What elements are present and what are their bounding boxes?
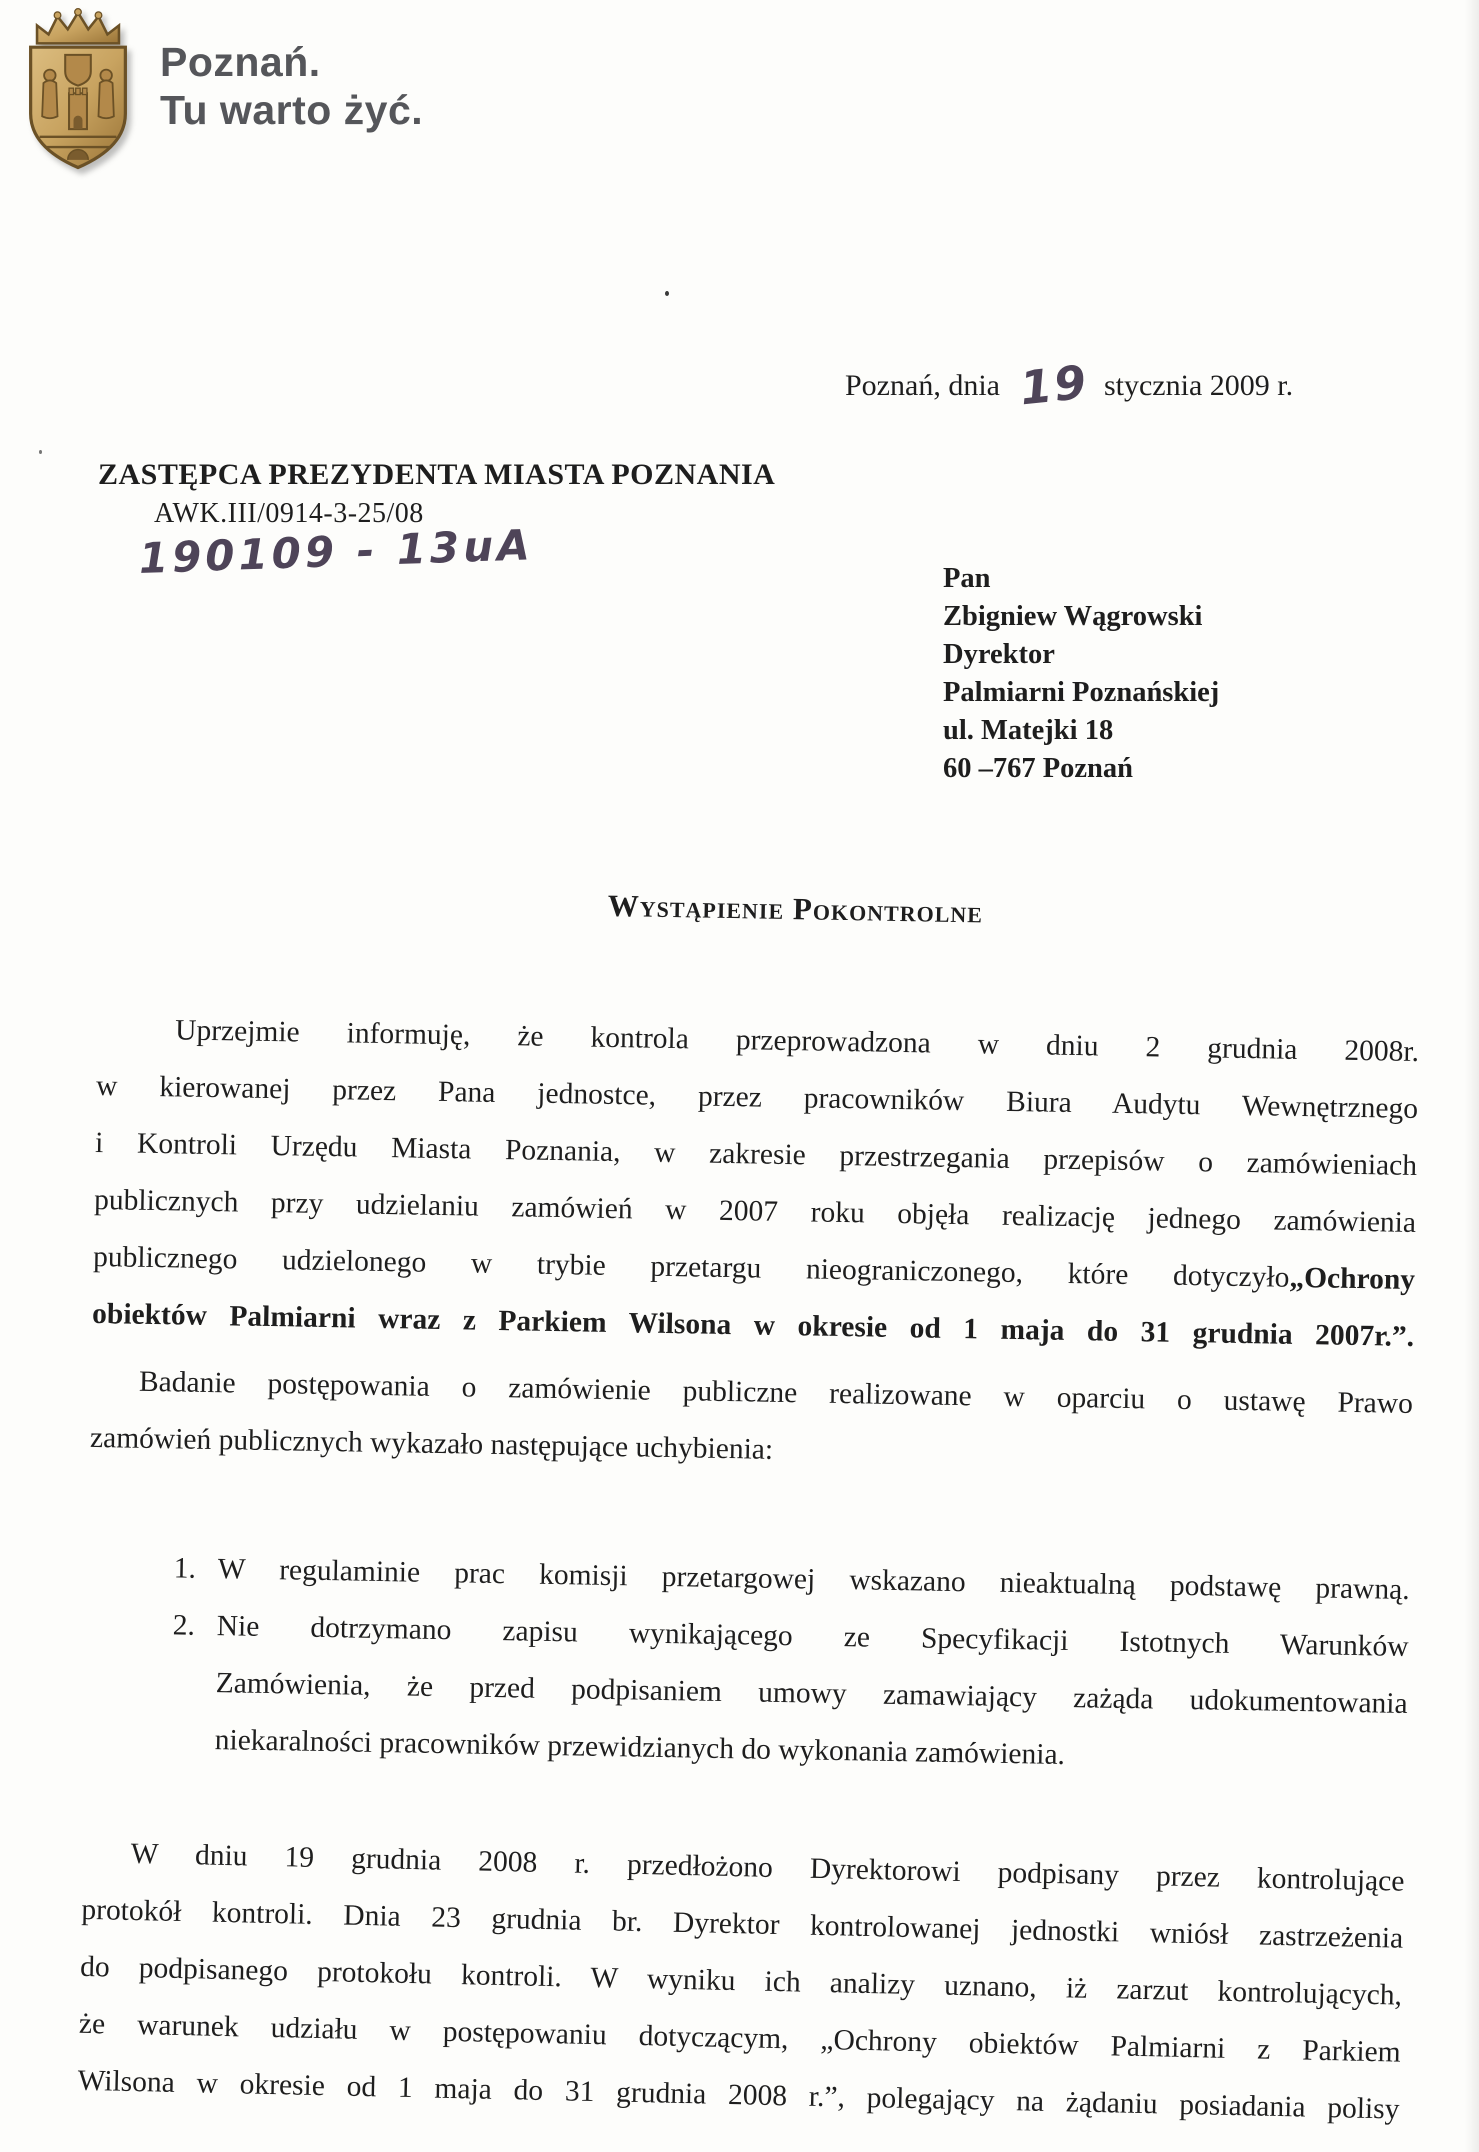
scan-speck xyxy=(665,291,669,296)
sender-block: ZASTĘPCA PREZYDENTA MIASTA POZNANIA AWK.… xyxy=(98,458,775,583)
paragraph-3: W dniu 19 grudnia 2008 r. przedłożono Dy… xyxy=(77,1825,1405,2139)
letter-body: Wystąpienie Pokontrolne Uprzejmie inform… xyxy=(78,868,1421,2133)
sender-title: ZASTĘPCA PREZYDENTA MIASTA POZNANIA xyxy=(98,458,775,492)
scanned-letter-page: Poznań. Tu warto żyć. Poznań, dnia19styc… xyxy=(0,0,1479,2152)
city-brand-text: Poznań. Tu warto żyć. xyxy=(160,38,423,134)
text-line: 60 –767 Poznań xyxy=(943,750,1219,788)
findings-list: 1.W regulaminie prac komisji przetargowe… xyxy=(84,1539,1410,1790)
finding-text: Nie dotrzymano zapisu wynikającego ze Sp… xyxy=(214,1598,1409,1790)
text-line: Dyrektor xyxy=(943,636,1219,674)
date-prefix: Poznań, dnia xyxy=(845,369,1000,402)
document-title: Wystąpienie Pokontrolne xyxy=(169,869,1422,948)
finding-number: 2. xyxy=(170,1597,217,1769)
date-line: Poznań, dnia19stycznia 2009 r. xyxy=(845,358,1293,412)
recipient-block: PanZbigniew WągrowskiDyrektorPalmiarni P… xyxy=(943,560,1219,788)
paragraph-2: Badanie postępowania o zamówienie public… xyxy=(90,1353,1414,1490)
text-line: Pan xyxy=(943,560,1219,598)
finding-item: 2.Nie dotrzymano zapisu wynikającego ze … xyxy=(84,1596,1409,1790)
brand-line-2: Tu warto żyć. xyxy=(160,86,423,134)
letterhead: Poznań. Tu warto żyć. xyxy=(14,8,423,176)
text-line: ul. Matejki 18 xyxy=(943,712,1219,750)
text-line: Palmiarni Poznańskiej xyxy=(943,674,1219,712)
brand-line-1: Poznań. xyxy=(160,38,423,86)
text-run: publicznego udzielonego w trybie przetar… xyxy=(93,1241,1290,1294)
handwritten-day: 19 xyxy=(1017,355,1090,416)
paragraph-1: Uprzejmie informuję, że kontrola przepro… xyxy=(92,1001,1420,1366)
finding-number: 1. xyxy=(173,1540,218,1598)
bold-text-run: „Ochrony xyxy=(1289,1262,1415,1296)
text-line: Zbigniew Wągrowski xyxy=(943,598,1219,636)
date-suffix: stycznia 2009 r. xyxy=(1104,369,1293,402)
poznan-coat-of-arms-icon xyxy=(14,8,142,176)
scan-speck xyxy=(39,450,42,454)
